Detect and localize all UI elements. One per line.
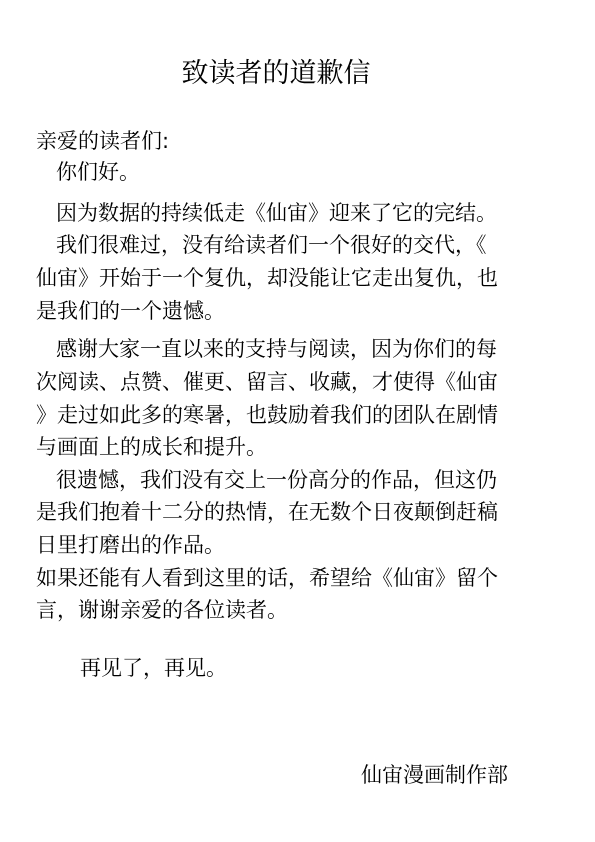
body-line: 》走过如此多的寒暑，也鼓励着我们的团队在剧情: [36, 402, 498, 428]
body-line: 很遗憾，我们没有交上一份高分的作品，但这仍: [56, 467, 497, 493]
signature: 仙宙漫画制作部: [361, 762, 508, 788]
body-line: 仙宙》开始于一个复仇，却没能让它走出复仇，也: [36, 265, 498, 291]
body-line: 因为数据的持续低走《仙宙》迎来了它的完结。: [56, 200, 497, 226]
letter-title: 致读者的道歉信: [0, 58, 552, 90]
body-line: 日里打磨出的作品。: [36, 532, 225, 558]
greeting: 你们好。: [56, 159, 140, 185]
farewell: 再见了，再见。: [80, 655, 227, 681]
body-line: 与画面上的成长和提升。: [36, 434, 267, 460]
body-line: 感谢大家一直以来的支持与阅读，因为你们的每: [56, 336, 497, 362]
body-line: 如果还能有人看到这里的话，希望给《仙宙》留个: [36, 565, 498, 591]
body-line: 是我们抱着十二分的热情，在无数个日夜颠倒赶稿: [36, 499, 498, 525]
body-line: 我们很难过，没有给读者们一个很好的交代，《: [56, 232, 487, 258]
body-line: 次阅读、点赞、催更、留言、收藏，才使得《仙宙: [36, 369, 498, 395]
body-line: 言，谢谢亲爱的各位读者。: [36, 597, 288, 623]
salutation: 亲爱的读者们:: [36, 128, 169, 154]
body-line: 是我们的一个遗憾。: [36, 298, 225, 324]
